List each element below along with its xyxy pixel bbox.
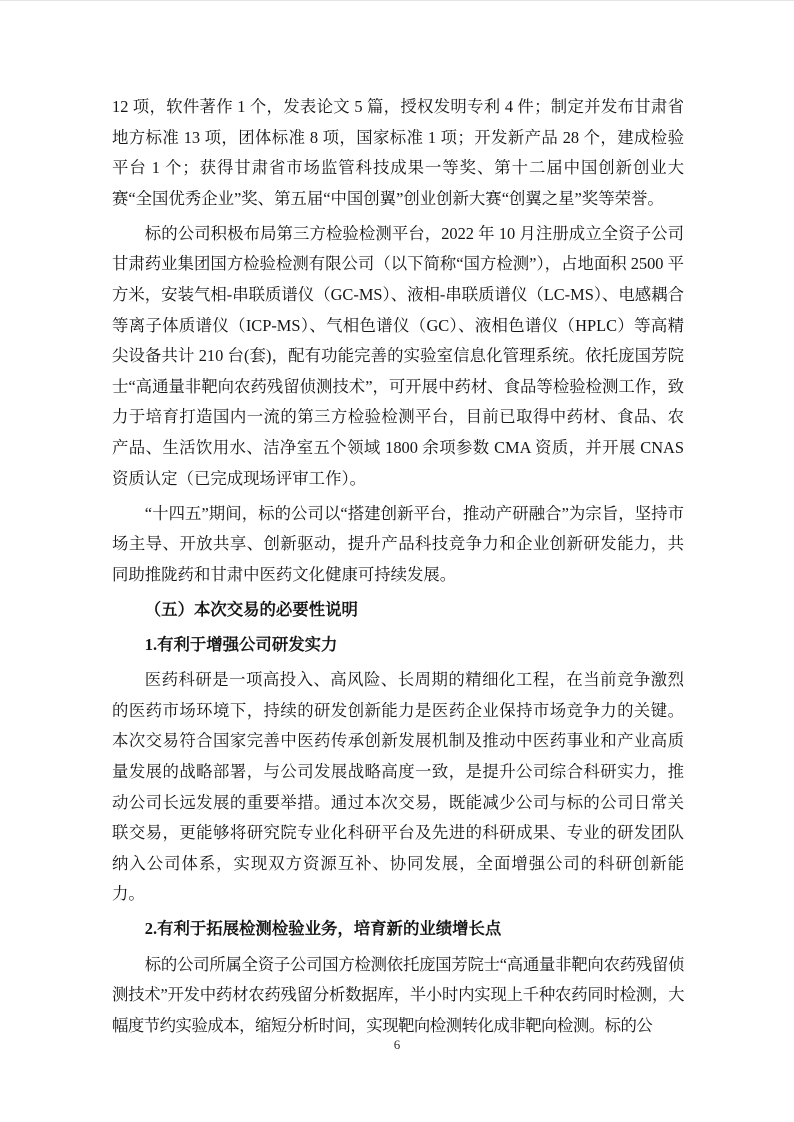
paragraph-point-2-body: 标的公司所属全资子公司国方检测依托庞国芳院士“高通量非靶向农药残留侦测技术”开发… bbox=[112, 950, 684, 1042]
heading-section-5-necessity: （五）本次交易的必要性说明 bbox=[112, 595, 684, 626]
page-number: 6 bbox=[0, 1037, 794, 1053]
heading-point-1-rd-strength: 1.有利于增强公司研发实力 bbox=[112, 630, 684, 661]
paragraph-point-1-body: 医药科研是一项高投入、高风险、长周期的精细化工程，在当前竞争激烈的医药市场环境下… bbox=[112, 665, 684, 910]
heading-point-2-testing-business: 2.有利于拓展检测检验业务，培育新的业绩增长点 bbox=[112, 914, 684, 945]
paragraph-subsidiary-platform: 标的公司积极布局第三方检验检测平台，2022 年 10 月注册成立全资子公司甘肃… bbox=[112, 219, 684, 494]
document-body: 12 项，软件著作 1 个，发表论文 5 篇，授权发明专利 4 件；制定并发布甘… bbox=[112, 92, 684, 1046]
paragraph-five-year-plan: “十四五”期间，标的公司以“搭建创新平台，推动产研融合”为宗旨，坚持市场主导、开… bbox=[112, 499, 684, 591]
paragraph-achievements: 12 项，软件著作 1 个，发表论文 5 篇，授权发明专利 4 件；制定并发布甘… bbox=[112, 92, 684, 214]
document-page: 12 项，软件著作 1 个，发表论文 5 篇，授权发明专利 4 件；制定并发布甘… bbox=[0, 0, 794, 1122]
